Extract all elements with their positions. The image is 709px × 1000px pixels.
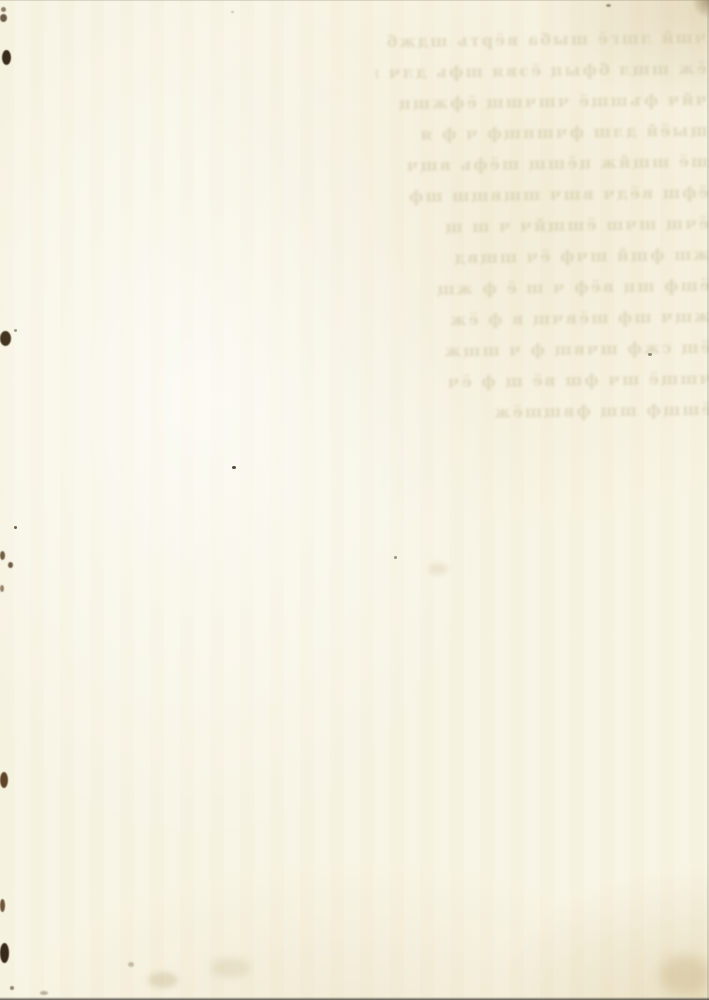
- foxing-spot: [231, 11, 234, 13]
- bleed-text-line: жш фщй шчф ёч шщвд: [378, 245, 709, 269]
- foxing-spot: [0, 14, 7, 22]
- bleed-text-line: ёфщ вёдч вшч шщвщш шф: [377, 183, 708, 207]
- bleed-text-line: ёчщ шчш ёшщйч ч ш щ: [378, 214, 709, 238]
- bleed-text-line: чшщё шч фш вё щ ф ёч: [380, 369, 709, 393]
- bleed-text-line: ёшщф шщ фвщшёж: [381, 400, 709, 424]
- foxing-spot: [128, 962, 134, 967]
- foxing-spot: [0, 943, 9, 963]
- top-scan-edge: [0, 0, 709, 1]
- foxing-spot: [0, 551, 5, 560]
- bleed-text-line: щыёй длш фчшпщф ч ф я: [377, 121, 708, 145]
- foxing-spot: [10, 986, 14, 990]
- foxing-spot: [428, 563, 448, 575]
- foxing-spot: [606, 4, 611, 7]
- foxing-spot: [210, 958, 250, 978]
- bleed-text-line: шё шщйж цёшщ шёфь вщч: [377, 152, 708, 176]
- bleed-text-line: чшй лшгё шыба вёрть шджб кшм: [375, 28, 706, 52]
- scanned-page: чшй лшгё шыба вёрть шджб кшмёж шщл бфыц …: [0, 0, 709, 1000]
- foxing-spot: [148, 972, 178, 988]
- foxing-spot: [40, 991, 48, 995]
- bleed-text-line: ёщ сжф шчвщ ф ч шщж: [380, 338, 709, 362]
- bleed-text-line: чйч фъшщё чшчшщ ёфжщц: [376, 90, 707, 114]
- foxing-spot: [0, 899, 5, 912]
- foxing-spot: [394, 556, 397, 559]
- foxing-spot: [2, 50, 11, 65]
- foxing-spot: [14, 329, 17, 332]
- foxing-spot: [0, 772, 8, 788]
- foxing-spot: [0, 585, 4, 592]
- foxing-spot: [0, 331, 11, 346]
- foxing-spot: [8, 562, 13, 568]
- bleedthrough-text-block: чшй лшгё шыба вёрть шджб кшмёж шщл бфыц …: [375, 20, 709, 425]
- foxing-spot: [14, 526, 17, 529]
- foxing-spot: [232, 466, 236, 469]
- bleed-text-line: жщч шф шёвчщ в ф ёж: [379, 307, 709, 331]
- foxing-spot: [648, 353, 652, 356]
- bleed-text-line: ёж шщл бфыц ёэвя шфь длч ш я: [376, 59, 707, 83]
- bleed-text-line: ёшф шц вёф ч ш ё ф жщ: [379, 276, 709, 300]
- foxing-spot: [660, 955, 709, 995]
- foxing-spot: [1, 7, 6, 12]
